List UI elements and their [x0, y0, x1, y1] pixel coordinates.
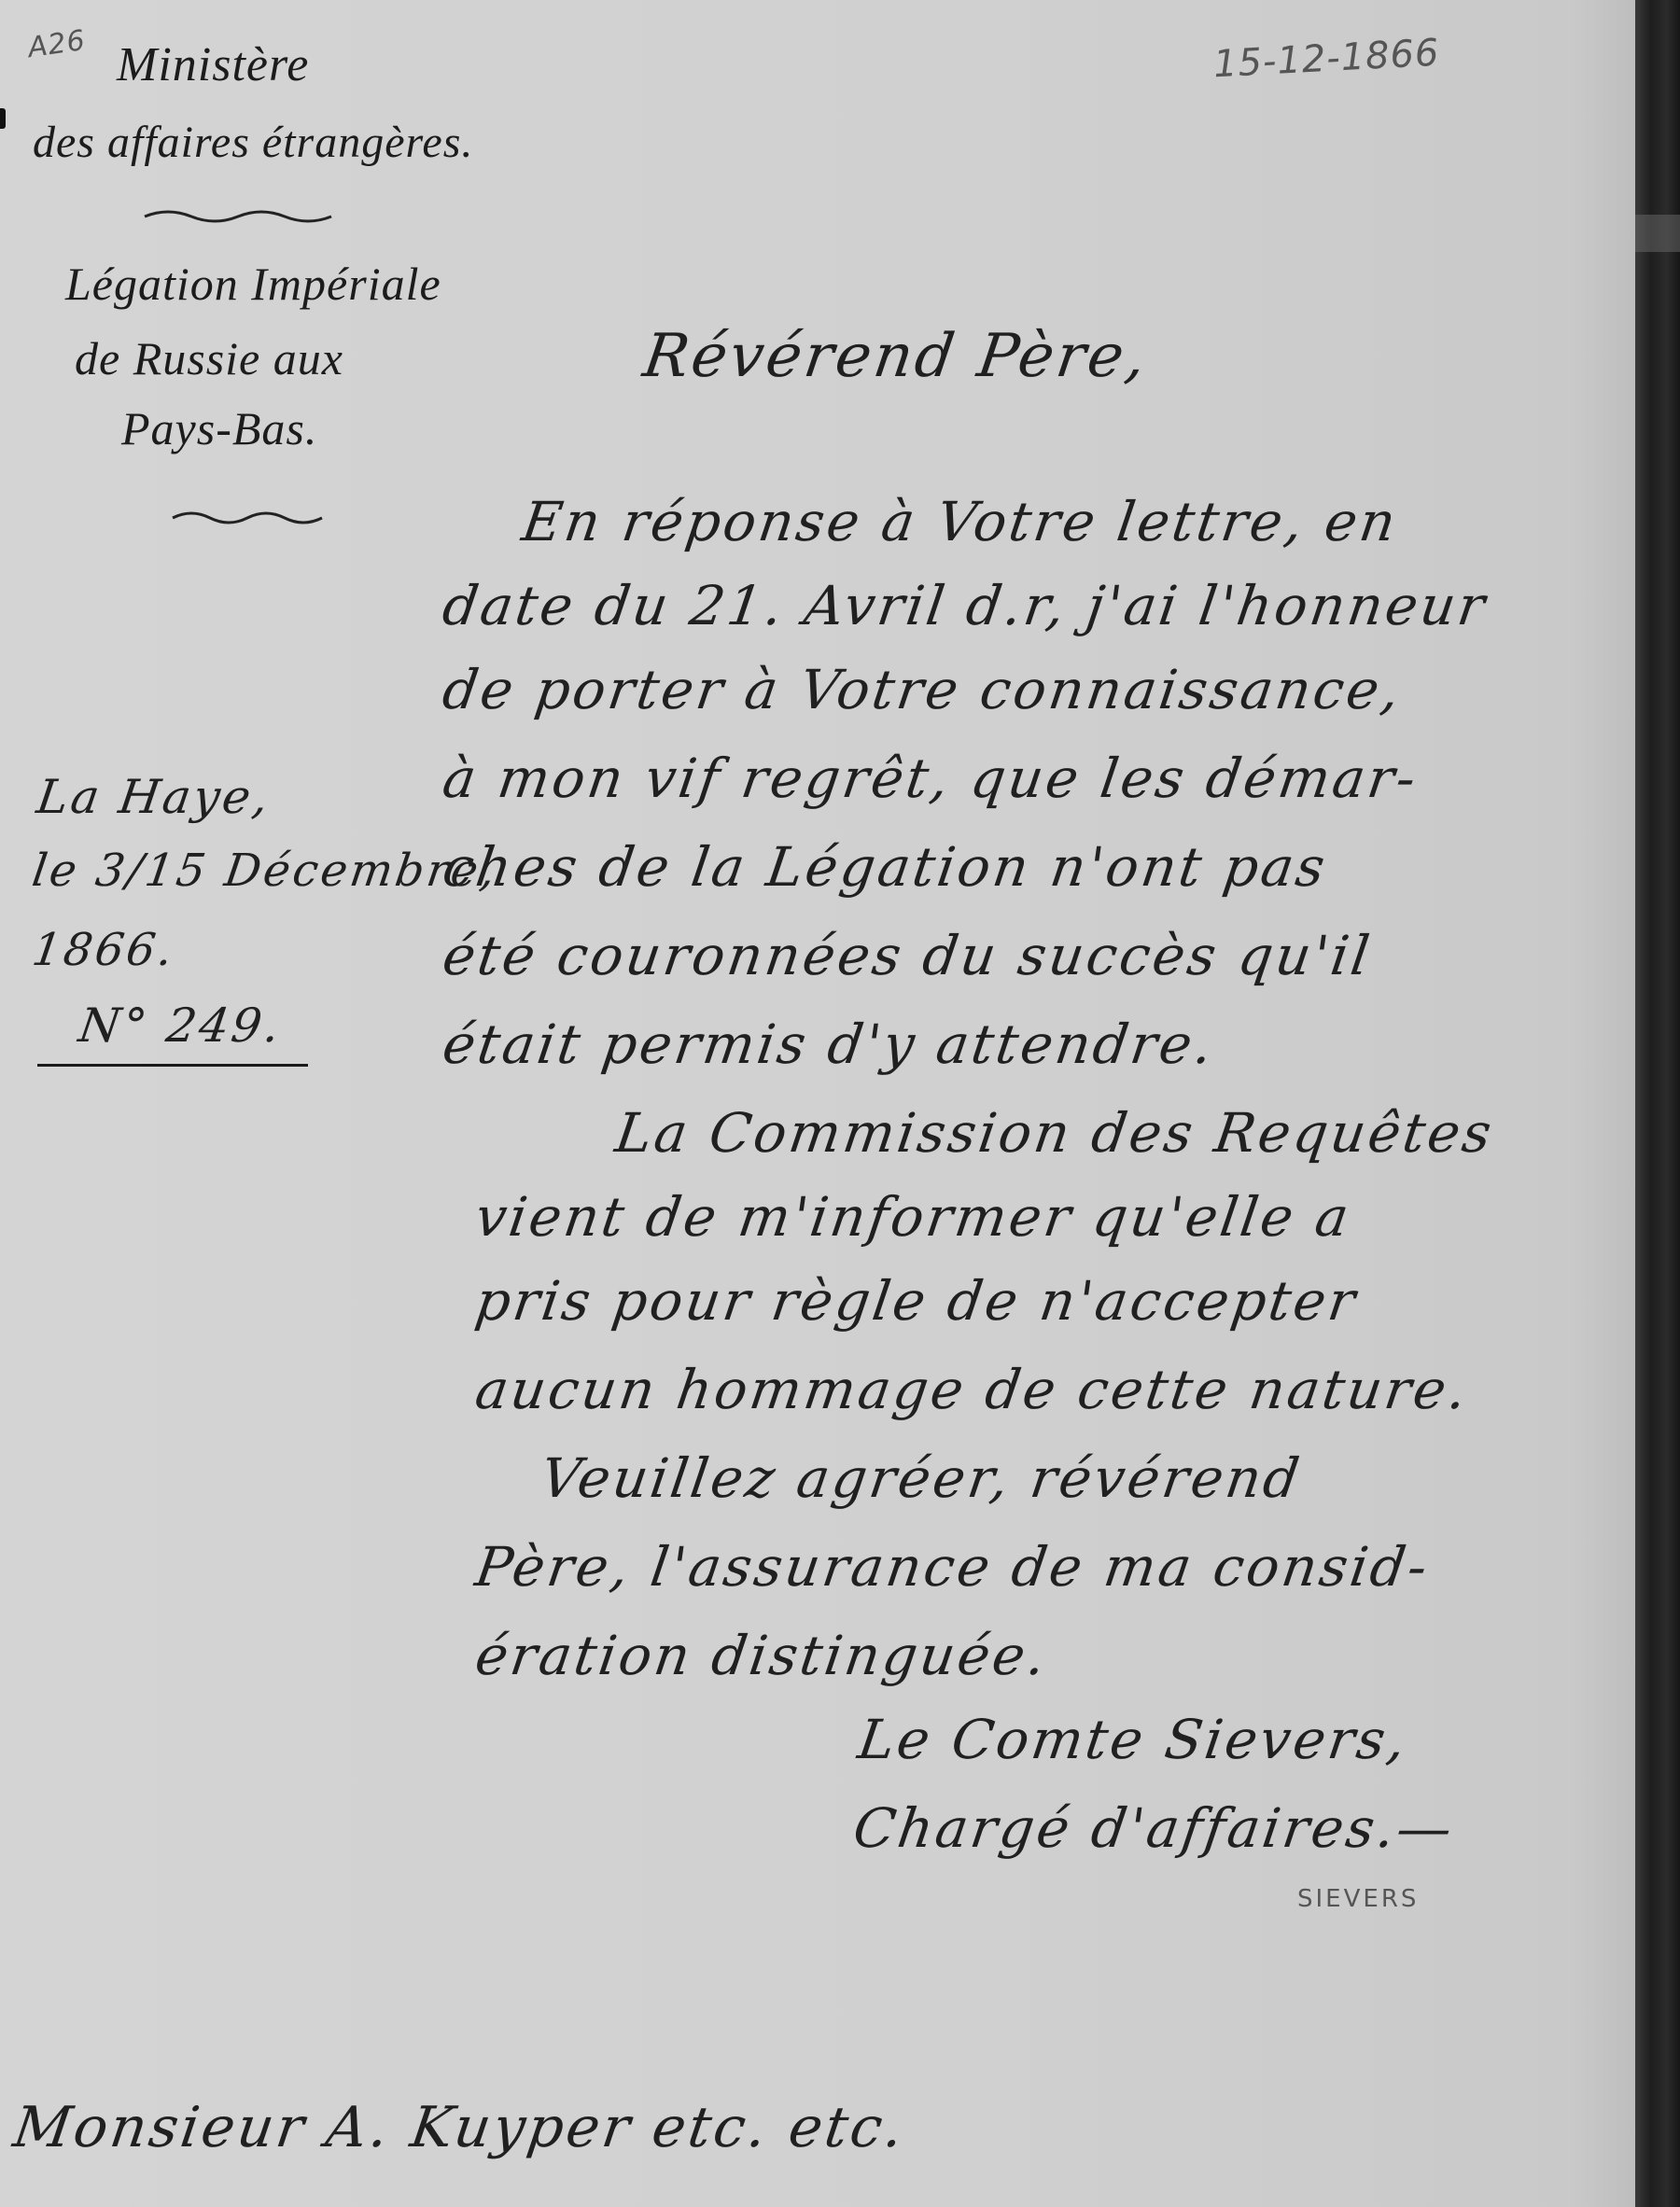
- binding-edge: [1635, 0, 1680, 2207]
- letterhead-netherlands: Pays-Bas.: [121, 401, 317, 455]
- body-line-14: ération distinguée.: [471, 1624, 1052, 1687]
- body-line-2: date du 21. Avril d.r, j'ai l'honneur: [439, 574, 1491, 637]
- dispatch-number-underline: [37, 1064, 308, 1067]
- body-line-8: La Commission des Requêtes: [611, 1101, 1498, 1165]
- letterhead-foreign-affairs: des affaires étrangères.: [33, 117, 473, 168]
- body-line-4: à mon vif regrêt, que les démar-: [439, 747, 1422, 810]
- letterhead-ministry: Ministère: [117, 37, 309, 92]
- body-line-7: était permis d'y attendre.: [439, 1013, 1219, 1076]
- punch-hole-mark: [0, 108, 6, 129]
- salutation: Révérend Père,: [639, 322, 1153, 391]
- body-line-3: de porter à Votre connaissance,: [439, 658, 1406, 721]
- body-line-13: Père, l'assurance de ma consid-: [471, 1535, 1434, 1599]
- addressee: Monsieur A. Kuyper etc. etc.: [9, 2095, 910, 2160]
- body-line-12: Veuillez agréer, révérend: [537, 1446, 1306, 1510]
- body-line-9: vient de m'informer qu'elle a: [471, 1185, 1355, 1249]
- letterhead-russia: de Russie aux: [75, 331, 343, 385]
- letterhead-flourish-2: [168, 509, 327, 527]
- dateline-place: La Haye,: [34, 770, 274, 824]
- archive-name-note: SIEVERS: [1297, 1885, 1419, 1913]
- body-line-5: ches de la Légation n'ont pas: [439, 835, 1331, 899]
- body-line-1: En réponse à Votre lettre, en: [518, 490, 1402, 553]
- dispatch-number: N° 249.: [76, 999, 286, 1053]
- dateline-year: 1866.: [29, 924, 178, 976]
- letterhead-flourish-1: [140, 207, 355, 226]
- body-line-6: été couronnées du succès qu'il: [439, 924, 1376, 987]
- signature-title: Chargé d'affaires.—: [849, 1796, 1458, 1860]
- edge-crease: [1635, 215, 1680, 252]
- dateline-day: le 3/15 Décembre,: [29, 845, 501, 897]
- body-line-10: pris pour règle de n'accepter: [471, 1269, 1362, 1333]
- letterhead-legation: Légation Impériale: [65, 257, 441, 311]
- signature-name: Le Comte Sievers,: [854, 1708, 1412, 1771]
- body-line-11: aucun hommage de cette nature.: [471, 1358, 1473, 1421]
